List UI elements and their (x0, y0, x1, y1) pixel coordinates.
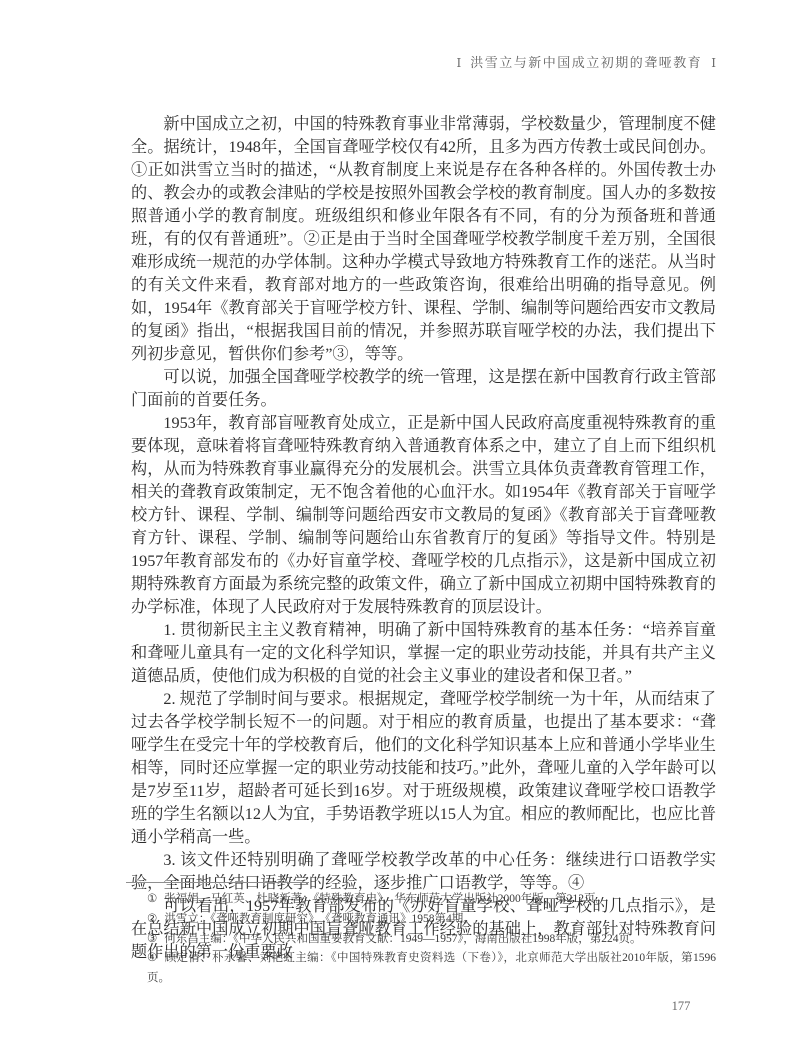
page-number: 177 (641, 999, 721, 1014)
footnote-item: ③何东昌主编：《中华人民共和国重要教育文献：1949—1957》，海南出版社19… (131, 930, 716, 950)
footnote-text: 张福娟、马红英、杜晓新著：《特殊教育史》，华东师范大学出版社2000年版，第21… (164, 893, 607, 905)
footnote-text: 顾定倩、朴永馨、刘艳虹主编：《中国特殊教育史资料选（下卷）》，北京师范大学出版社… (147, 952, 716, 984)
paragraph: 2. 规范了学制时间与要求。根据规定，聋哑学校学制统一为十年，从而结束了过去各学… (131, 688, 716, 849)
footnote-number: ④ (147, 952, 158, 964)
paragraph: 可以说，加强全国聋哑学校教学的统一管理，这是摆在新中国教育行政主管部门面前的首要… (131, 366, 716, 412)
header-title: 洪雪立与新中国成立初期的聋哑教育 (470, 55, 702, 70)
paragraph: 新中国成立之初，中国的特殊教育事业非常薄弱，学校数量少，管理制度不健全。据统计，… (131, 113, 716, 366)
footnote-item: ①张福娟、马红英、杜晓新著：《特殊教育史》，华东师范大学出版社2000年版，第2… (131, 890, 716, 910)
paragraph: 1953年，教育部盲哑教育处成立，正是新中国人民政府高度重视特殊教育的重要体现，… (131, 412, 716, 619)
book-page: Ⅰ洪雪立与新中国成立初期的聋哑教育Ⅰ 新中国成立之初，中国的特殊教育事业非常薄弱… (0, 0, 800, 1059)
body-text: 新中国成立之初，中国的特殊教育事业非常薄弱，学校数量少，管理制度不健全。据统计，… (131, 113, 716, 964)
footnote-text: 洪雪立：《聋哑教育制度研究》，《聋哑教育通讯》1958第4期。 (164, 913, 475, 925)
header-bar-left-icon: Ⅰ (456, 56, 461, 70)
footnote-number: ③ (147, 933, 157, 945)
footnote-number: ② (147, 913, 157, 925)
running-header: Ⅰ洪雪立与新中国成立初期的聋哑教育Ⅰ (131, 52, 716, 71)
footnote-item: ②洪雪立：《聋哑教育制度研究》，《聋哑教育通讯》1958第4期。 (131, 910, 716, 930)
footnote-item: ④顾定倩、朴永馨、刘艳虹主编：《中国特殊教育史资料选（下卷）》，北京师范大学出版… (131, 949, 716, 989)
paragraph: 1. 贯彻新民主主义教育精神，明确了新中国特殊教育的基本任务：“培养盲童和聋哑儿… (131, 619, 716, 688)
footnote-number: ① (147, 893, 157, 905)
header-bar-right-icon: Ⅰ (711, 56, 716, 70)
footnotes: ①张福娟、马红英、杜晓新著：《特殊教育史》，华东师范大学出版社2000年版，第2… (131, 882, 716, 989)
footnote-text: 何东昌主编：《中华人民共和国重要教育文献：1949—1957》，海南出版社199… (164, 933, 641, 945)
footnote-divider (126, 882, 309, 883)
